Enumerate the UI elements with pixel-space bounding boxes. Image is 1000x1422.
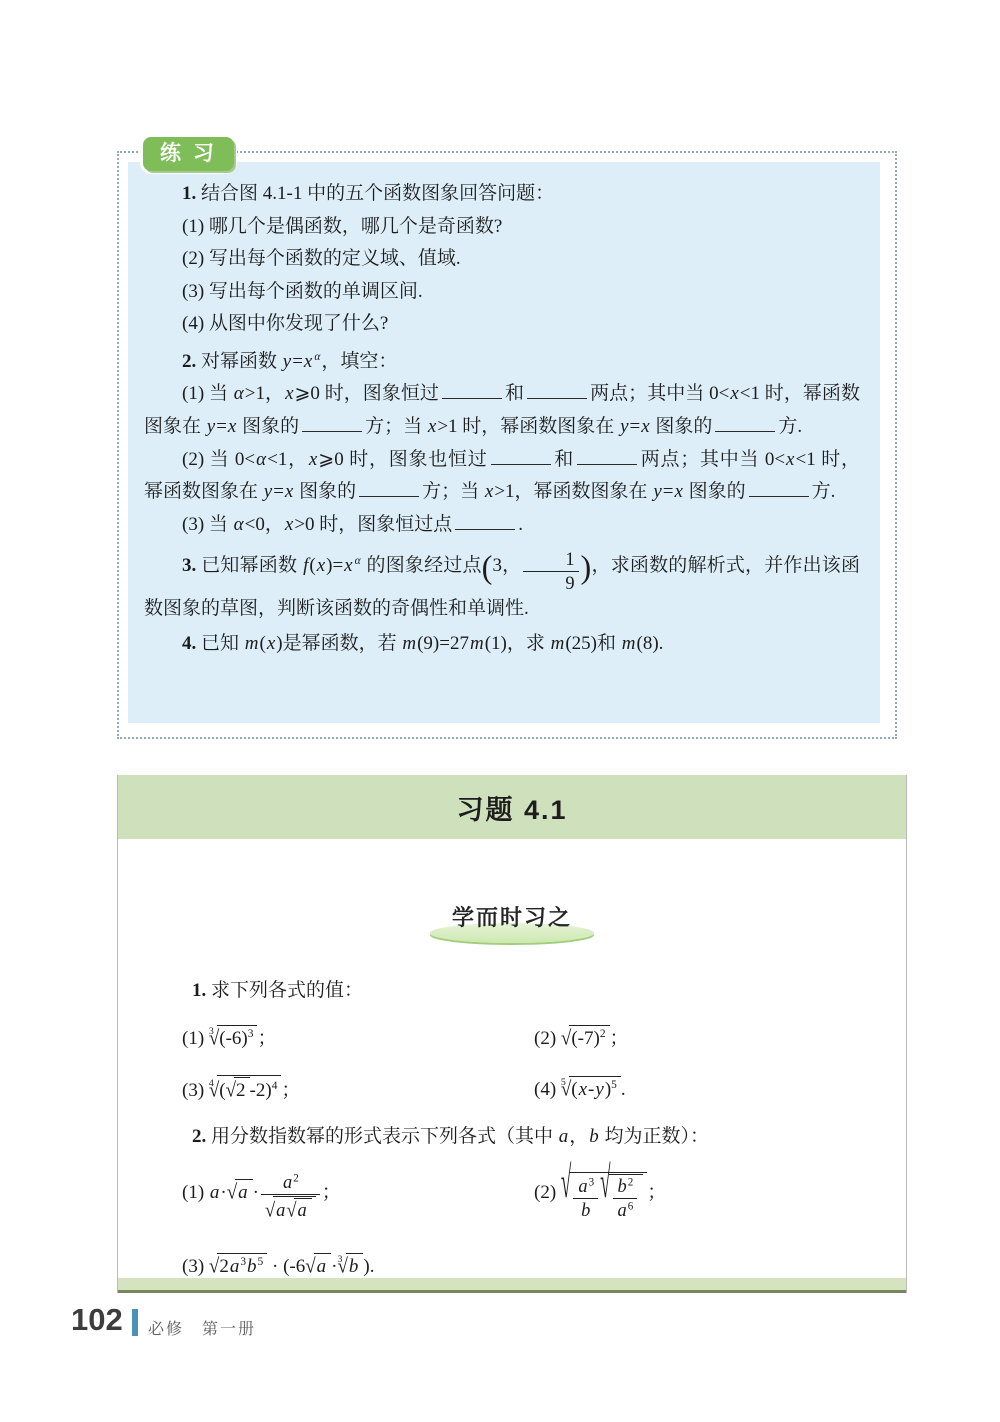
practice-q2-sub1: (1) 当 α>1，x⩾0 时，图象恒过和两点；其中当 0<x<1 时，幂函数图… xyxy=(144,378,860,443)
exercise-section: 习题 4.1 学而时习之 1. 求下列各式的值： (1) 3√(-6)3； (2… xyxy=(117,775,907,1293)
exercise-q1-item2: (2) √(-7)2； xyxy=(534,1025,870,1051)
practice-content: 1. 结合图 4.1-1 中的五个函数图象回答问题： (1) 哪几个是偶函数，哪… xyxy=(128,162,880,723)
practice-q1-sub2: (2) 写出每个函数的定义域、值域. xyxy=(144,243,860,276)
practice-q2-sub2: (2) 当 0<α<1，x⩾0 时，图象也恒过和两点；其中当 0<x<1 时，幂… xyxy=(144,444,860,509)
practice-q1-sub3: (3) 写出每个函数的单调区间. xyxy=(144,276,860,309)
exercise-q2-item2: (2) √a3b√b2a6； xyxy=(534,1172,870,1220)
practice-q1-intro: 1. 结合图 4.1-1 中的五个函数图象回答问题： xyxy=(144,178,860,211)
exercise-title: 习题 4.1 xyxy=(456,788,567,827)
textbook-page: 练 习 1. 结合图 4.1-1 中的五个函数图象回答问题： (1) 哪几个是偶… xyxy=(0,0,1000,1422)
practice-label: 练 习 xyxy=(143,137,234,171)
practice-q3: 3. 已知幂函数 f(x)=xα 的图象经过点(3，19)，求函数的解析式，并作… xyxy=(144,541,860,628)
exercise-q1-intro: 1. 求下列各式的值： xyxy=(154,976,870,1006)
exercise-footer-strip xyxy=(118,1278,906,1293)
exercise-q1-item3: (3) 4√(√2-2)4； xyxy=(182,1075,534,1103)
practice-q2-intro: 2. 对幂函数 y=xα，填空： xyxy=(144,341,860,378)
practice-q1-sub1: (1) 哪几个是偶函数，哪几个是奇函数? xyxy=(144,211,860,244)
exercise-header-band: 习题 4.1 xyxy=(118,775,906,839)
exercise-subtitle-wrap: 学而时习之 xyxy=(118,901,906,932)
practice-q1-sub4: (4) 从图中你发现了什么? xyxy=(144,308,860,341)
book-label: 必修 第一册 xyxy=(148,1316,256,1339)
exercise-subtitle: 学而时习之 xyxy=(444,901,580,932)
practice-q4: 4. 已知 m(x)是幂函数，若 m(9)=27m(1)，求 m(25)和 m(… xyxy=(144,628,860,661)
exercise-body: 1. 求下列各式的值： (1) 3√(-6)3； (2) √(-7)2； (3)… xyxy=(118,976,906,1285)
exercise-q2-item3: (3) √2a3b5 · (-6√a·3√b). xyxy=(182,1253,534,1279)
practice-box: 练 习 1. 结合图 4.1-1 中的五个函数图象回答问题： (1) 哪几个是偶… xyxy=(117,151,897,739)
exercise-q2-intro: 2. 用分数指数幂的形式表示下列各式（其中 a，b 均为正数）： xyxy=(154,1122,870,1152)
footer-divider-bar xyxy=(132,1309,138,1336)
exercise-q1-item4: (4) 5√(x-y)5. xyxy=(534,1076,870,1102)
exercise-q1-row2: (3) 4√(√2-2)4； (4) 5√(x-y)5. xyxy=(154,1070,870,1108)
exercise-q1-item1: (1) 3√(-6)3； xyxy=(182,1025,534,1051)
exercise-q2-item1: (1) a·√a·a2√a√a； xyxy=(182,1172,534,1220)
exercise-q2-row1: (1) a·√a·a2√a√a； (2) √a3b√b2a6； xyxy=(154,1158,870,1234)
page-number: 102 xyxy=(71,1302,123,1338)
practice-q2-sub3: (3) 当 α<0，x>0 时，图象恒过点. xyxy=(144,509,860,542)
exercise-q1-row1: (1) 3√(-6)3； (2) √(-7)2； xyxy=(154,1019,870,1057)
